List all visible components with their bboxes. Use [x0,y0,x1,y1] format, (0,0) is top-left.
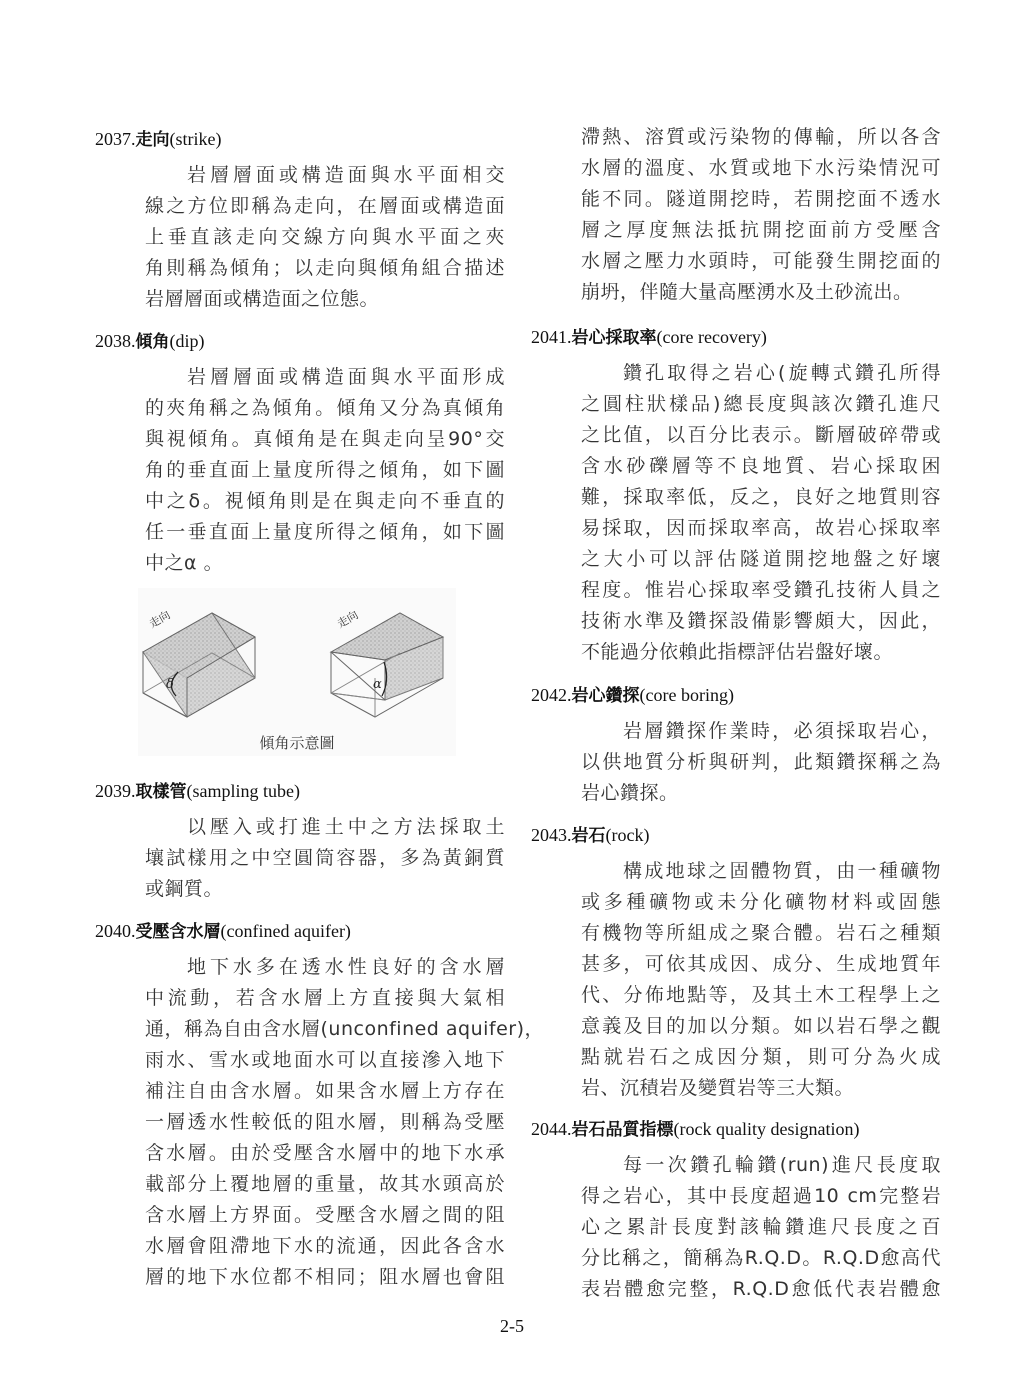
true-dip-diagram [143,613,255,717]
svg-text:走向: 走向 [147,607,173,630]
dip-angle-figure: 走向 δ 走向 α 傾角示意圖 [138,588,456,756]
term-heading-2044: 2044.岩石品質指標(rock quality designation) [531,1118,859,1141]
definition-2038: 岩層層面或構造面與水平面形成 的夾角稱之為傾角。傾角又分為真傾角 與視傾角。真傾… [145,362,505,579]
svg-text:走向: 走向 [335,607,361,630]
definition-2044: 每一次鑽孔輪鑽(run)進尺長度取 得之岩心，其中長度超過10 cm完整岩 心之… [581,1150,941,1305]
term-heading-2043: 2043.岩石(rock) [531,824,649,847]
svg-text:δ: δ [166,677,174,692]
term-heading-2041: 2041.岩心採取率(core recovery) [531,326,767,349]
figure-caption: 傾角示意圖 [138,732,456,753]
dip-angle-diagram-icon: 走向 δ 走向 α [138,588,456,728]
term-heading-2038: 2038.傾角(dip) [95,330,205,353]
term-heading-2039: 2039.取樣管(sampling tube) [95,780,300,803]
term-heading-2040: 2040.受壓含水層(confined aquifer) [95,920,351,943]
svg-text:α: α [373,677,382,692]
definition-2040: 地下水多在透水性良好的含水層 中流動，若含水層上方直接與大氣相 通，稱為自由含水… [145,952,505,1293]
term-heading-2037: 2037.走向(strike) [95,128,221,151]
definition-2040-continued: 滯熱、溶質或污染物的傳輸，所以各含 水層的溫度、水質或地下水污染情況可 能不同。… [581,122,941,308]
definition-2037: 岩層層面或構造面與水平面相交 線之方位即稱為走向，在層面或構造面 上垂直該走向交… [145,160,505,315]
definition-2041: 鑽孔取得之岩心(旋轉式鑽孔所得 之圓柱狀樣品)總長度與該次鑽孔進尺 之比值，以百… [581,358,941,668]
definition-2039: 以壓入或打進土中之方法採取土 壤試樣用之中空圓筒容器，多為黃銅質 或鋼質。 [145,812,505,905]
term-heading-2042: 2042.岩心鑽探(core boring) [531,684,734,707]
apparent-dip-diagram [331,613,443,717]
definition-2043: 構成地球之固體物質，由一種礦物 或多種礦物或未分化礦物材料或固態 有機物等所組成… [581,856,941,1104]
page-number: 2-5 [0,1316,1024,1337]
definition-2042: 岩層鑽探作業時，必須採取岩心， 以供地質分析與研判，此類鑽探稱之為 岩心鑽探。 [581,716,941,809]
